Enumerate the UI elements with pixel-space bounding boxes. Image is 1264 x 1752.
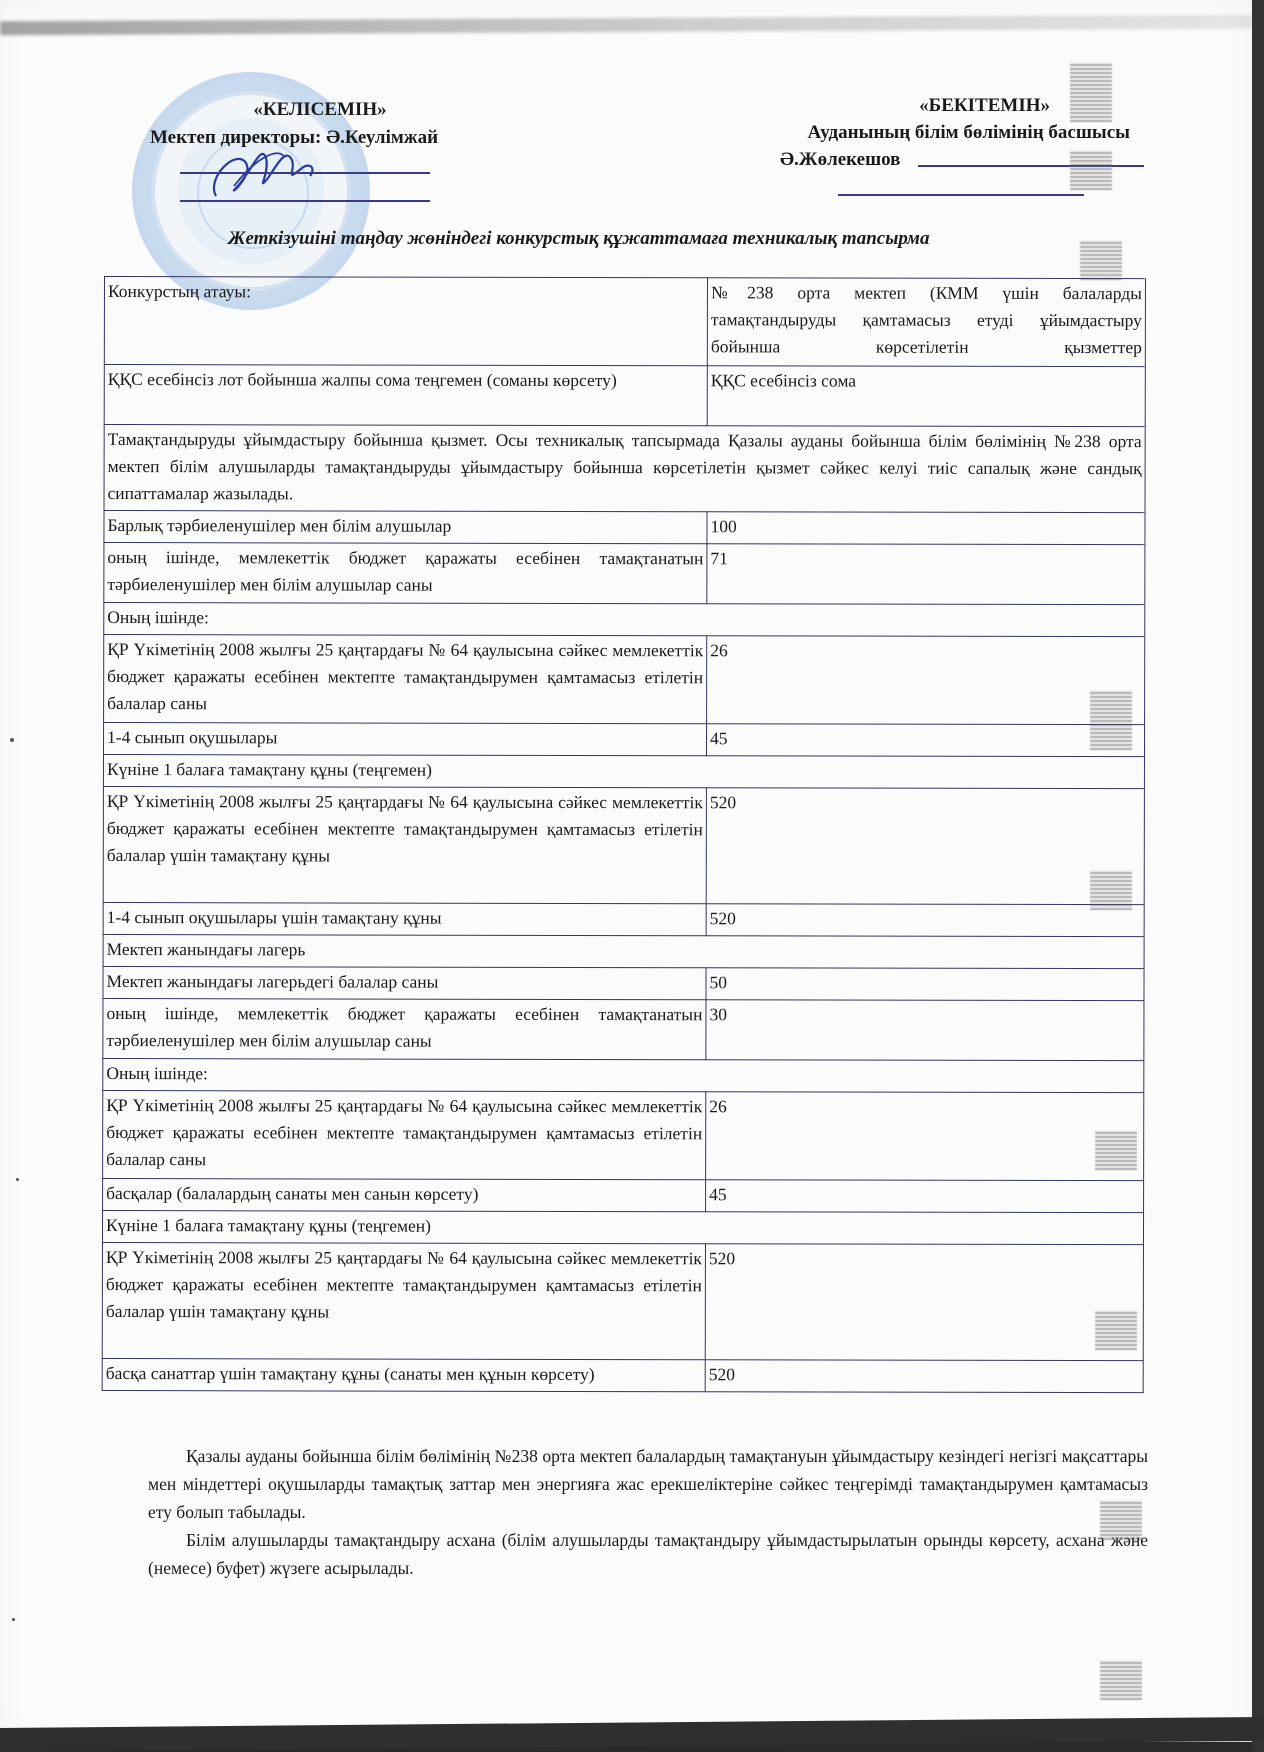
table-row: ҚР Үкіметінің 2008 жылғы 25 қаңтардағы №… xyxy=(103,786,1144,904)
value-cell: ҚҚС есебінсіз сома xyxy=(707,366,1145,427)
section-cell: Оның ішінде: xyxy=(103,1058,1144,1092)
label-cell: Мектеп жанындағы лагерьдегі балалар саны xyxy=(103,966,706,999)
section-cell: Оның ішінде: xyxy=(104,603,1145,637)
value-cell: 520 xyxy=(706,788,1144,905)
label-cell: 1-4 сынып оқушылары xyxy=(103,723,706,756)
closing-paragraph: Қазалы ауданы бойынша білім бөлімінің №2… xyxy=(148,1442,1148,1526)
table-row: Оның ішінде: xyxy=(104,603,1145,637)
scan-smudge xyxy=(1080,240,1122,280)
signature-line xyxy=(838,194,1084,196)
scan-speck xyxy=(16,1178,19,1181)
table-row: Оның ішінде: xyxy=(103,1058,1144,1092)
document-title: Жеткізушіні таңдау жөніндегі конкурстық … xyxy=(228,228,1028,250)
table-row: ҚҚС есебінсіз лот бойынша жалпы сома тең… xyxy=(104,365,1145,427)
value-cell: 26 xyxy=(706,1092,1144,1181)
section-cell: Күніне 1 балаға тамақтану құны (теңгемен… xyxy=(102,1210,1143,1244)
table-row: оның ішінде, мемлекеттік бюджет қаражаты… xyxy=(104,543,1145,605)
scan-speck xyxy=(12,1618,15,1621)
value-cell: 100 xyxy=(707,512,1145,545)
section-cell: Күніне 1 балаға тамақтану құны (теңгемен… xyxy=(103,755,1144,789)
scan-smudge xyxy=(1070,62,1112,122)
value-cell: 520 xyxy=(706,904,1144,937)
scan-smudge xyxy=(1090,690,1132,750)
value-cell: 50 xyxy=(706,968,1144,1001)
scan-artifact-streak xyxy=(0,15,1252,36)
scan-smudge xyxy=(1100,1660,1142,1700)
label-cell: Конкурстың атауы: xyxy=(104,277,707,366)
table-row: оның ішінде, мемлекеттік бюджет қаражаты… xyxy=(103,998,1144,1060)
label-cell: ҚР Үкіметінің 2008 жылғы 25 қаңтардағы №… xyxy=(103,1090,706,1179)
table-row: Тамақтандыруды ұйымдастыру бойынша қызме… xyxy=(104,425,1145,513)
scan-smudge xyxy=(1095,1130,1137,1170)
label-cell: оның ішінде, мемлекеттік бюджет қаражаты… xyxy=(103,998,706,1059)
table-row: ҚР Үкіметінің 2008 жылғы 25 қаңтардағы №… xyxy=(102,1242,1143,1360)
table-row: Мектеп жанындағы лагерьдегі балалар саны… xyxy=(103,966,1144,1000)
scan-smudge xyxy=(1090,870,1132,910)
label-cell: басқа санаттар үшін тамақтану құны (сана… xyxy=(102,1358,705,1391)
specification-table: Конкурстың атауы:№238 орта мектеп (КММ ү… xyxy=(102,276,1146,1393)
school-director-line: Мектеп директоры: Ә.Кеулімжай xyxy=(150,124,490,152)
label-cell: ҚҚС есебінсіз лот бойынша жалпы сома тең… xyxy=(104,365,707,426)
agreement-block: «КЕЛІСЕМІН» Мектеп директоры: Ә.Кеулімжа… xyxy=(150,96,490,152)
approver-position: Ауданының білім бөлімінің басшысы xyxy=(780,119,1140,146)
agreement-heading: «КЕЛІСЕМІН» xyxy=(150,96,490,124)
closing-paragraph: Білім алушыларды тамақтандыру асхана (бі… xyxy=(148,1526,1148,1582)
table-row: басқалар (балалардың санаты мен санын кө… xyxy=(103,1178,1144,1212)
value-cell: 45 xyxy=(706,724,1144,757)
scan-smudge xyxy=(1100,1500,1142,1540)
scan-speck xyxy=(10,738,14,742)
section-cell: Тамақтандыруды ұйымдастыру бойынша қызме… xyxy=(104,425,1145,513)
table-row: Барлық тәрбиеленушілер мен білім алушыла… xyxy=(104,511,1145,545)
table-row: 1-4 сынып оқушылары45 xyxy=(103,723,1144,757)
scan-smudge xyxy=(1070,150,1112,190)
value-cell: 26 xyxy=(707,636,1145,725)
label-cell: оның ішінде, мемлекеттік бюджет қаражаты… xyxy=(104,543,707,604)
table-row: Конкурстың атауы:№238 орта мектеп (КММ ү… xyxy=(104,277,1145,367)
table-row: басқа санаттар үшін тамақтану құны (сана… xyxy=(102,1358,1143,1392)
value-cell: 520 xyxy=(705,1244,1143,1361)
label-cell: 1-4 сынып оқушылары үшін тамақтану құны xyxy=(103,902,706,935)
label-cell: ҚР Үкіметінің 2008 жылғы 25 қаңтардағы №… xyxy=(103,786,706,903)
scan-smudge xyxy=(1095,1310,1137,1350)
label-cell: Барлық тәрбиеленушілер мен білім алушыла… xyxy=(104,511,707,544)
label-cell: басқалар (балалардың санаты мен санын кө… xyxy=(103,1178,706,1211)
value-cell: 520 xyxy=(705,1360,1143,1393)
value-cell: 30 xyxy=(706,1000,1144,1061)
scan-border xyxy=(1252,0,1264,1752)
section-cell: Мектеп жанындағы лагерь xyxy=(103,934,1144,968)
value-cell: 45 xyxy=(706,1180,1144,1213)
table-row: Күніне 1 балаға тамақтану құны (теңгемен… xyxy=(102,1210,1143,1244)
table-row: ҚР Үкіметінің 2008 жылғы 25 қаңтардағы №… xyxy=(104,635,1145,725)
signature-line xyxy=(180,172,430,174)
scanned-page: «КЕЛІСЕМІН» Мектеп директоры: Ә.Кеулімжа… xyxy=(0,0,1252,1742)
table-row: Күніне 1 балаға тамақтану құны (теңгемен… xyxy=(103,755,1144,789)
label-cell: ҚР Үкіметінің 2008 жылғы 25 қаңтардағы №… xyxy=(102,1242,705,1359)
closing-text: Қазалы ауданы бойынша білім бөлімінің №2… xyxy=(148,1442,1148,1582)
value-cell: №238 орта мектеп (КММ үшін балаларды там… xyxy=(707,278,1145,367)
signature-line xyxy=(180,200,430,202)
table-row: 1-4 сынып оқушылары үшін тамақтану құны5… xyxy=(103,902,1144,936)
table-row: Мектеп жанындағы лагерь xyxy=(103,934,1144,968)
value-cell: 71 xyxy=(707,544,1145,605)
label-cell: ҚР Үкіметінің 2008 жылғы 25 қаңтардағы №… xyxy=(104,635,707,724)
table-row: ҚР Үкіметінің 2008 жылғы 25 қаңтардағы №… xyxy=(103,1090,1144,1180)
